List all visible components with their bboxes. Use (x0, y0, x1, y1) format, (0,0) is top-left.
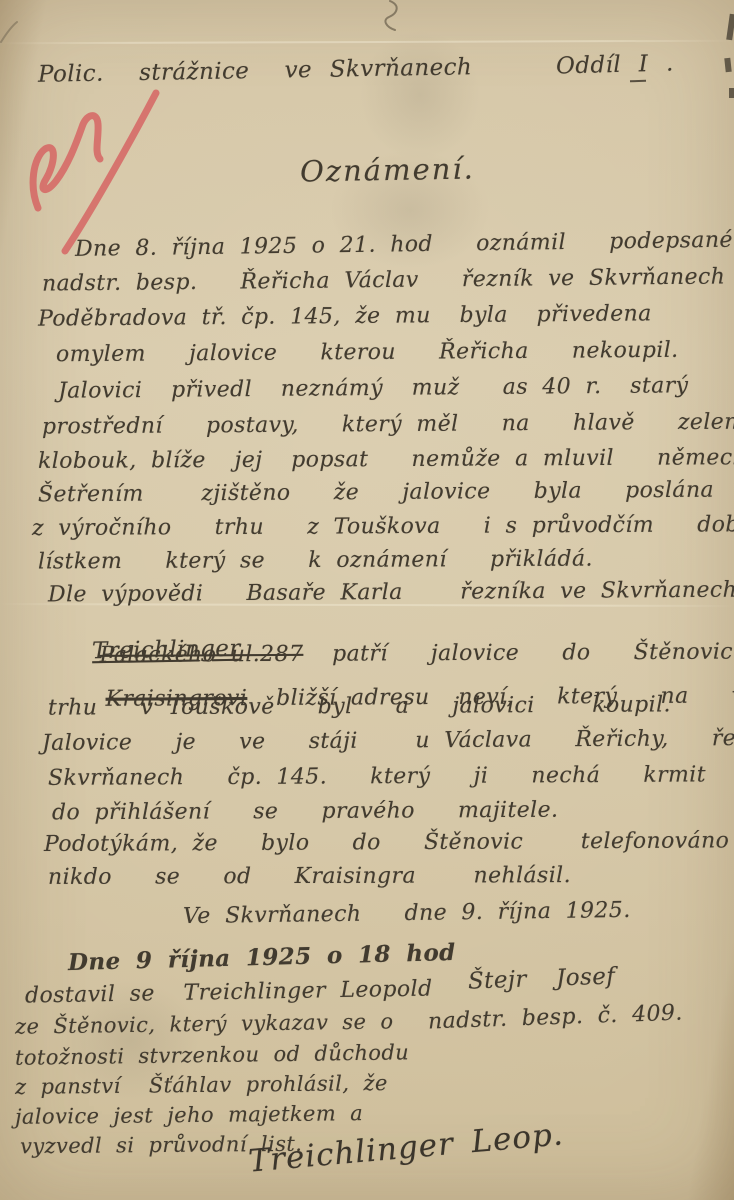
addendum-line1: Dne 9 října 1925 o 18 hod (68, 939, 456, 976)
scan-edge-mark (729, 88, 734, 98)
p1-line4: omylem jalovice kterou Řeřicha nekoupil. (56, 338, 679, 367)
red-pencil-mark (24, 86, 174, 256)
report-title: Oznámení. (300, 151, 475, 188)
addendum-line6: jalovice jest jeho majetkem a (15, 1101, 363, 1129)
document-scan: Polic. strážnice ve Skvrňanech Oddíl I .… (0, 0, 734, 1200)
p5-line1: Jalovice je ve stáji u Václava Řeřichy, … (42, 725, 734, 756)
p1-line3: Poděbradova tř. čp. 145, že mu byla přiv… (38, 301, 652, 331)
scan-edge-mark (724, 58, 731, 73)
p1-line2: nadstr. besp. Řeřicha Václav řezník ve S… (42, 264, 725, 296)
p3-line2: z výročního trhu z Touškova i s průvodčí… (32, 512, 734, 541)
section-numeral-underline (630, 80, 646, 83)
officer-rank: nadstr. besp. č. 409. (428, 1001, 683, 1035)
p2-line3: klobouk, blíže jej popsat nemůže a mluvi… (38, 445, 734, 474)
p2-line1: Jalovici přivedl neznámý muž as 40 r. st… (58, 373, 689, 404)
pencil-tick-mark (0, 20, 18, 46)
addendum-line2: dostavil se Treichlinger Leopold (25, 976, 433, 1008)
p5-line3: do přihlášení se pravého majitele. (52, 798, 558, 826)
p3-line3: lístkem který se k oznámení přikládá. (38, 547, 593, 575)
p3-line1: Šetřením zjištěno že jalovice byla poslá… (38, 478, 714, 508)
correction-inserted-name: Treichlinger (92, 636, 241, 665)
pencil-curl-mark (378, 0, 408, 32)
addendum-line4: totožnosti stvrzenkou od důchodu (15, 1040, 409, 1070)
dateline: Ve Skvrňanech dne 9. října 1925. (183, 898, 631, 929)
scan-edge-mark (726, 14, 734, 41)
p5-line2: Skvrňanech čp. 145. který ji nechá krmit… (48, 762, 734, 791)
header-office: Polic. strážnice ve Skvrňanech (38, 54, 473, 88)
p6-line1: Podotýkám, že bylo do Štěnovic telefonov… (44, 828, 734, 857)
paper-crease (0, 40, 734, 45)
officer-name: Štejr Josef (468, 963, 616, 994)
p4-line1: Dle výpovědi Basaře Karla řezníka ve Skv… (48, 578, 734, 608)
p6-line2: nikdo se od Kraisingra nehlásil. (48, 863, 571, 890)
addendum-line5: z panství Šťáhlav prohlásil, že (15, 1071, 388, 1099)
header-section: Oddíl I . (556, 50, 674, 79)
ink-bleedthrough-blot (360, 30, 480, 160)
addendum-line3: ze Štěnovic, který vykazav se o (15, 1009, 394, 1038)
p2-line2: prostřední postavy, který měl na hlavě z… (42, 410, 734, 440)
p4-line4: trhu v Touškově byl a jalovici koupil. (48, 692, 671, 720)
